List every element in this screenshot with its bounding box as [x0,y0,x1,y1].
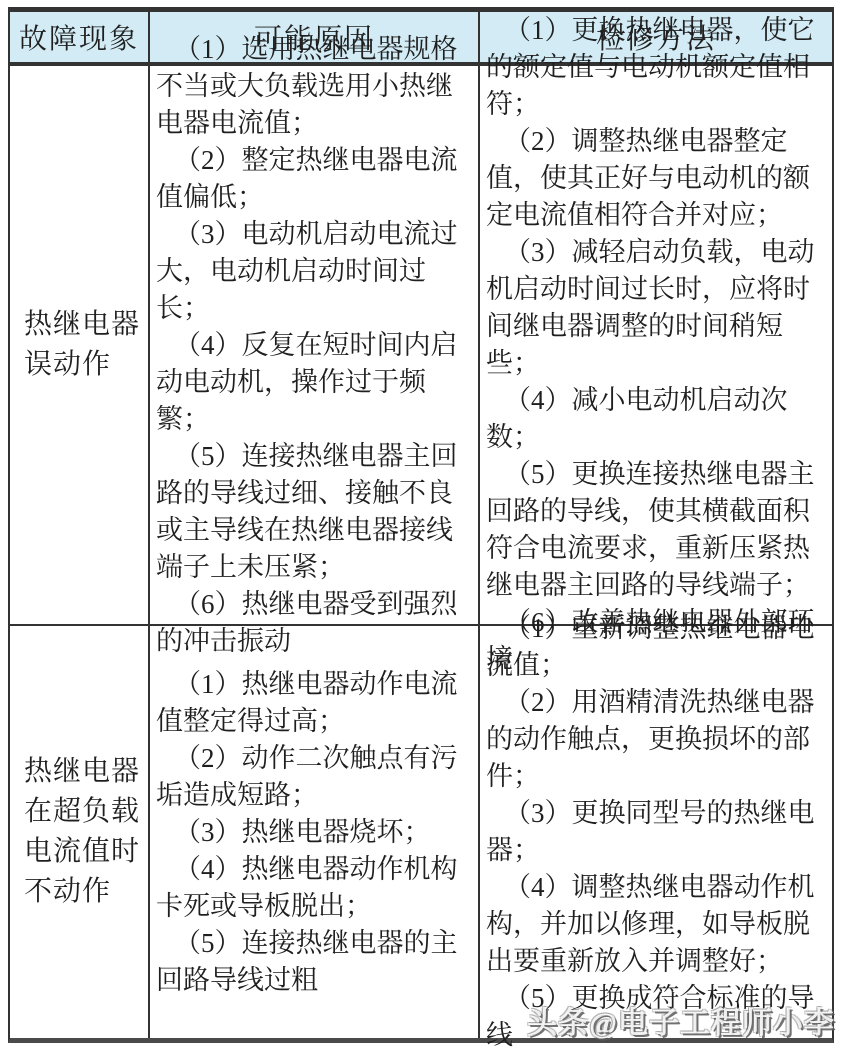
list-item: （5）更换连接热继电器主回路的导线，使其横截面积符合电流要求，重新压紧热继电器主… [486,456,828,604]
list-item: （1）更换热继电器，使它的额定值与电动机额定值相符； [486,12,828,123]
list-item: （2）整定热继电器电流值偏低； [156,142,474,216]
phenomenon-cell: 热继电器在超负载电流值时不动作 [10,626,150,1038]
list-item: （1）重新调整热继电器电流值； [486,610,828,684]
list-item: （3）减轻启动负载，电动机启动时间过长时，应将时间继电器调整的时间稍短些； [486,234,828,382]
methods-cell: （1）重新调整热继电器电流值；（2）用酒精清洗热继电器的动作触点，更换损坏的部件… [480,626,832,1038]
list-item: （4）调整热继电器动作机构，并加以修理，如导板脱出要重新放入并调整好； [486,869,828,980]
table-row: 热继电器在超负载电流值时不动作 （1）热继电器动作电流值整定得过高；（2）动作二… [10,626,832,1038]
list-item: （3）热继电器烧坏； [156,814,474,851]
list-item: （3）更换同型号的热继电器； [486,795,828,869]
list-item: （5）连接热继电器主回路的导线过细、接触不良或主导线在热继电器接线端子上未压紧； [156,438,474,586]
fault-table: 故障现象 可能原因 检修方法 热继电器误动作 （1）选用热继电器规格不当或大负载… [8,7,834,1043]
list-item: （2）用酒精清洗热继电器的动作触点，更换损坏的部件； [486,684,828,795]
header-fault-phenomenon: 故障现象 [10,12,150,62]
list-item: （4）减小电动机启动次数； [486,382,828,456]
list-item: （2）动作二次触点有污垢造成短路； [156,740,474,814]
page: 故障现象 可能原因 检修方法 热继电器误动作 （1）选用热继电器规格不当或大负载… [0,0,841,1050]
list-item: （5）更换成符合标准的导线 [486,980,828,1050]
causes-cell: （1）选用热继电器规格不当或大负载选用小热继电器电流值；（2）整定热继电器电流值… [150,66,480,624]
list-item: （1）选用热继电器规格不当或大负载选用小热继电器电流值； [156,31,474,142]
causes-cell: （1）热继电器动作电流值整定得过高；（2）动作二次触点有污垢造成短路；（3）热继… [150,626,480,1038]
methods-cell: （1）更换热继电器，使它的额定值与电动机额定值相符；（2）调整热继电器整定值，使… [480,66,832,624]
list-item: （4）反复在短时间内启动电动机，操作过于频繁； [156,327,474,438]
list-item: （5）连接热继电器的主回路导线过粗 [156,925,474,999]
list-item: （1）热继电器动作电流值整定得过高； [156,666,474,740]
table-row: 热继电器误动作 （1）选用热继电器规格不当或大负载选用小热继电器电流值；（2）整… [10,66,832,626]
list-item: （4）热继电器动作机构卡死或导板脱出； [156,851,474,925]
phenomenon-cell: 热继电器误动作 [10,66,150,624]
list-item: （3）电动机启动电流过大，电动机启动时间过长； [156,216,474,327]
list-item: （2）调整热继电器整定值，使其正好与电动机的额定电流值相符合并对应； [486,123,828,234]
